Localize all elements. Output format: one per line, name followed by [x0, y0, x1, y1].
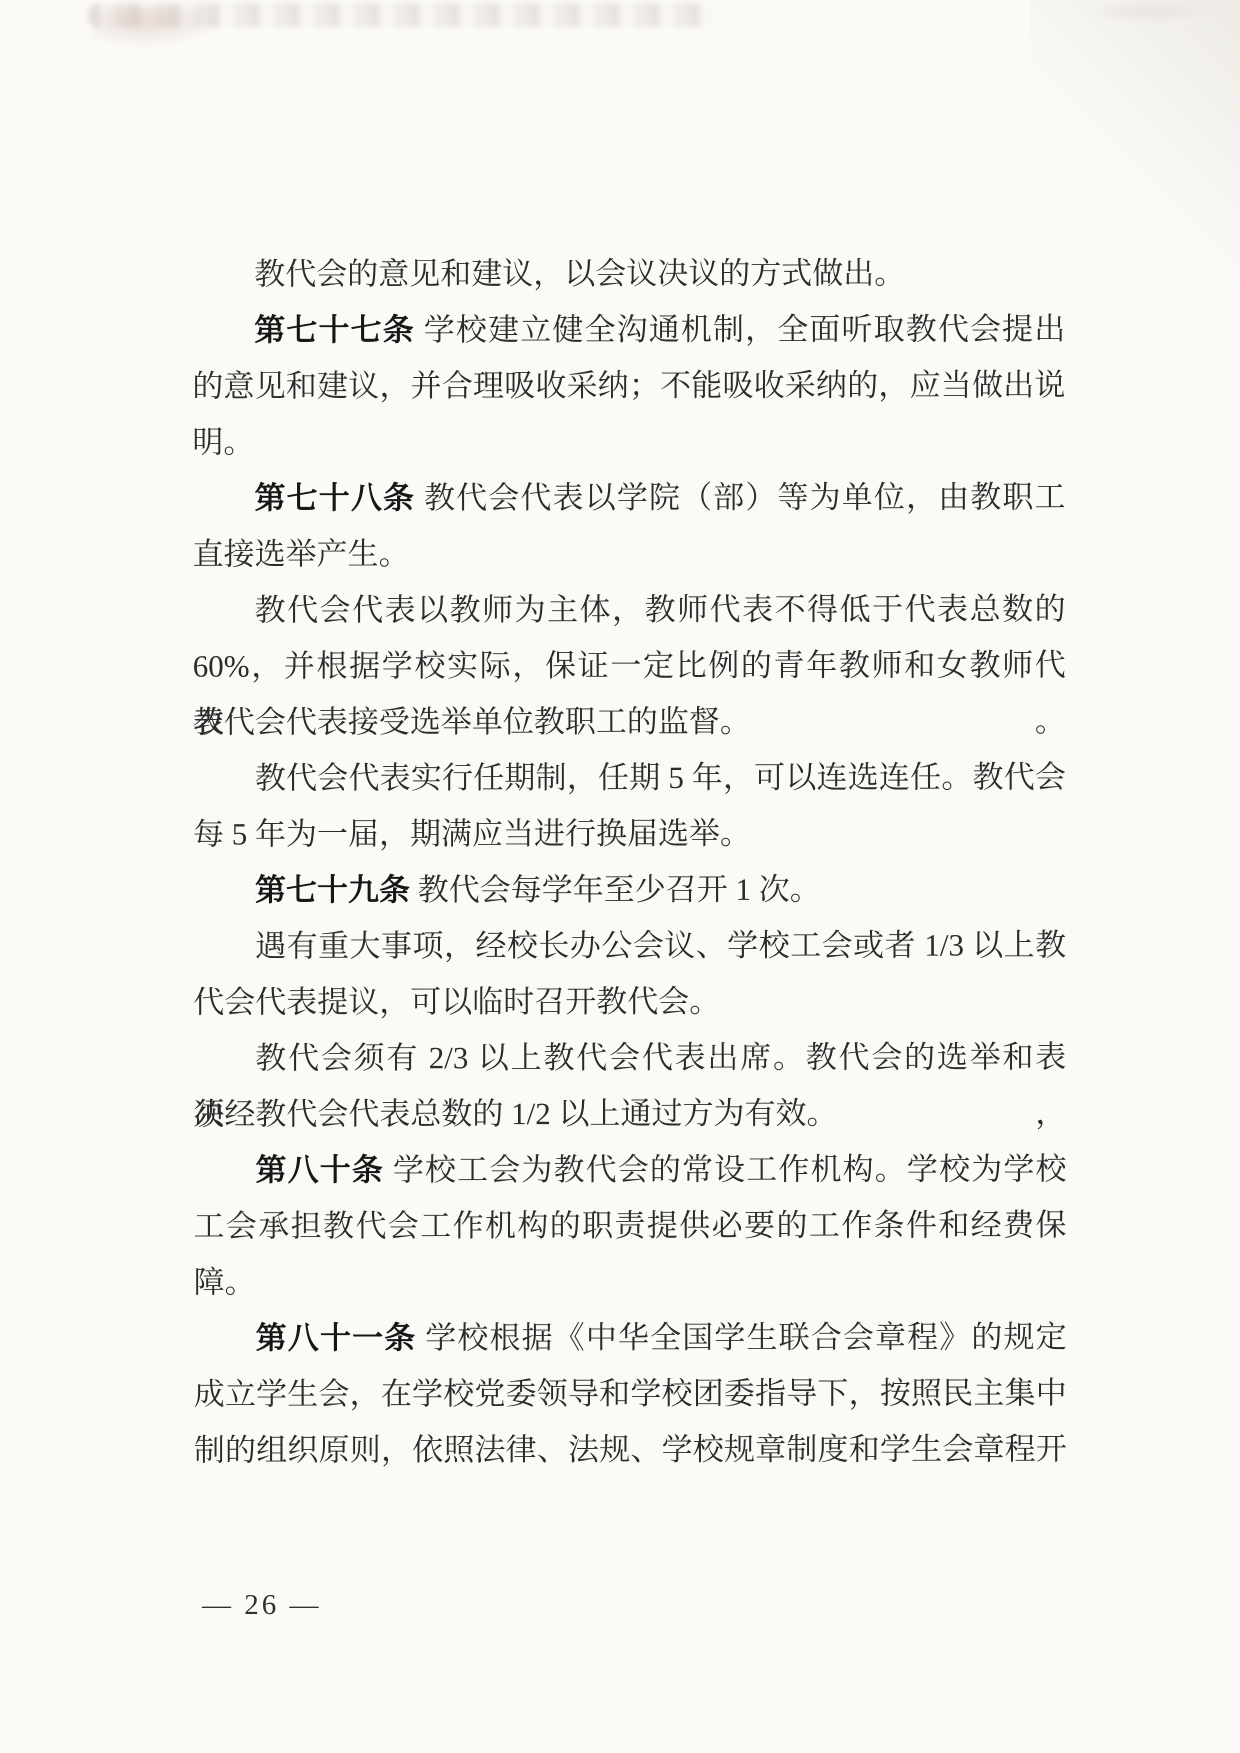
scan-artifact-ink-blot [92, 6, 222, 48]
text-run: 教代会每学年至少召开 1 次。 [410, 872, 821, 908]
text-run: 教代会代表实行任期制，任期 5 年，可以连选连任。教代会 [255, 759, 1066, 795]
text-run: 学校根据《中华全国学生联合会章程》的规定 [416, 1319, 1066, 1355]
text-run: 成立学生会，在学校党委领导和学校团委指导下，按照民主集中 [194, 1375, 1067, 1411]
text-line: 第七十八条 教代会代表以学院（部）等为单位，由教职工 [192, 469, 1065, 526]
text-line: 成立学生会，在学校党委领导和学校团委指导下，按照民主集中 [194, 1365, 1067, 1422]
text-run: 教代会代表以学院（部）等为单位，由教职工 [415, 479, 1065, 515]
text-run: 遇有重大事项，经校长办公会议、学校工会或者 1/3 以上教 [255, 927, 1066, 963]
text-line: 第八十一条 学校根据《中华全国学生联合会章程》的规定 [194, 1309, 1067, 1366]
text-line: 直接选举产生。 [193, 525, 1066, 582]
text-line: 60%，并根据学校实际，保证一定比例的青年教师和女教师代表。 [193, 637, 1066, 694]
text-line: 教代会代表以教师为主体，教师代表不得低于代表总数的 [193, 581, 1066, 638]
text-run: 制的组织原则，依照法律、法规、学校规章制度和学生会章程开 [194, 1431, 1067, 1467]
text-line: 每 5 年为一届，期满应当进行换届选举。 [193, 805, 1066, 862]
article-number: 第七十九条 [255, 872, 410, 907]
text-line: 障。 [194, 1253, 1067, 1310]
article-number: 第八十一条 [256, 1320, 417, 1355]
text-line: 教代会须有 2/3 以上教代会代表出席。教代会的选举和表决， [193, 1029, 1066, 1086]
document-lines: 教代会的意见和建议，以会议决议的方式做出。第七十七条 学校建立健全沟通机制，全面… [192, 245, 1067, 1478]
text-run: 教代会代表接受选举单位教职工的监督。 [193, 704, 751, 740]
article-number: 第七十八条 [254, 480, 415, 515]
text-run: 代会代表提议，可以临时召开教代会。 [193, 984, 720, 1020]
text-run: 教代会代表以教师为主体，教师代表不得低于代表总数的 [255, 591, 1066, 627]
text-line: 教代会的意见和建议，以会议决议的方式做出。 [192, 245, 1065, 302]
text-line: 遇有重大事项，经校长办公会议、学校工会或者 1/3 以上教 [193, 917, 1066, 974]
text-run: 教代会的意见和建议，以会议决议的方式做出。 [254, 256, 905, 292]
text-line: 的意见和建议，并合理吸收采纳；不能吸收采纳的，应当做出说 [192, 357, 1065, 414]
text-line: 明。 [192, 413, 1065, 470]
text-run: 须经教代会代表总数的 1/2 以上通过方为有效。 [193, 1096, 837, 1132]
text-line: 第八十条 学校工会为教代会的常设工作机构。学校为学校 [193, 1141, 1066, 1198]
text-run: 明。 [192, 425, 254, 460]
text-run: 工会承担教代会工作机构的职责提供必要的工作条件和经费保 [193, 1207, 1066, 1243]
text-run: 学校工会为教代会的常设工作机构。学校为学校 [384, 1151, 1067, 1187]
text-run: 直接选举产生。 [193, 536, 410, 571]
text-line: 第七十九条 教代会每学年至少召开 1 次。 [193, 861, 1066, 918]
text-line: 第七十七条 学校建立健全沟通机制，全面听取教代会提出 [192, 301, 1065, 358]
text-line: 制的组织原则，依照法律、法规、学校规章制度和学生会章程开 [194, 1421, 1067, 1478]
text-run: 障。 [194, 1265, 256, 1300]
article-number: 第八十条 [255, 1152, 384, 1187]
text-line: 代会代表提议，可以临时召开教代会。 [193, 973, 1066, 1030]
text-run: 每 5 年为一届，期满应当进行换届选举。 [193, 816, 751, 852]
text-run: 的意见和建议，并合理吸收采纳；不能吸收采纳的，应当做出说 [192, 367, 1065, 403]
text-run: 学校建立健全沟通机制，全面听取教代会提出 [415, 311, 1065, 347]
text-line: 教代会代表实行任期制，任期 5 年，可以连选连任。教代会 [193, 749, 1066, 806]
page-number: — 26 — [202, 1585, 322, 1625]
article-number: 第七十七条 [254, 312, 415, 347]
text-line: 工会承担教代会工作机构的职责提供必要的工作条件和经费保 [193, 1197, 1066, 1254]
